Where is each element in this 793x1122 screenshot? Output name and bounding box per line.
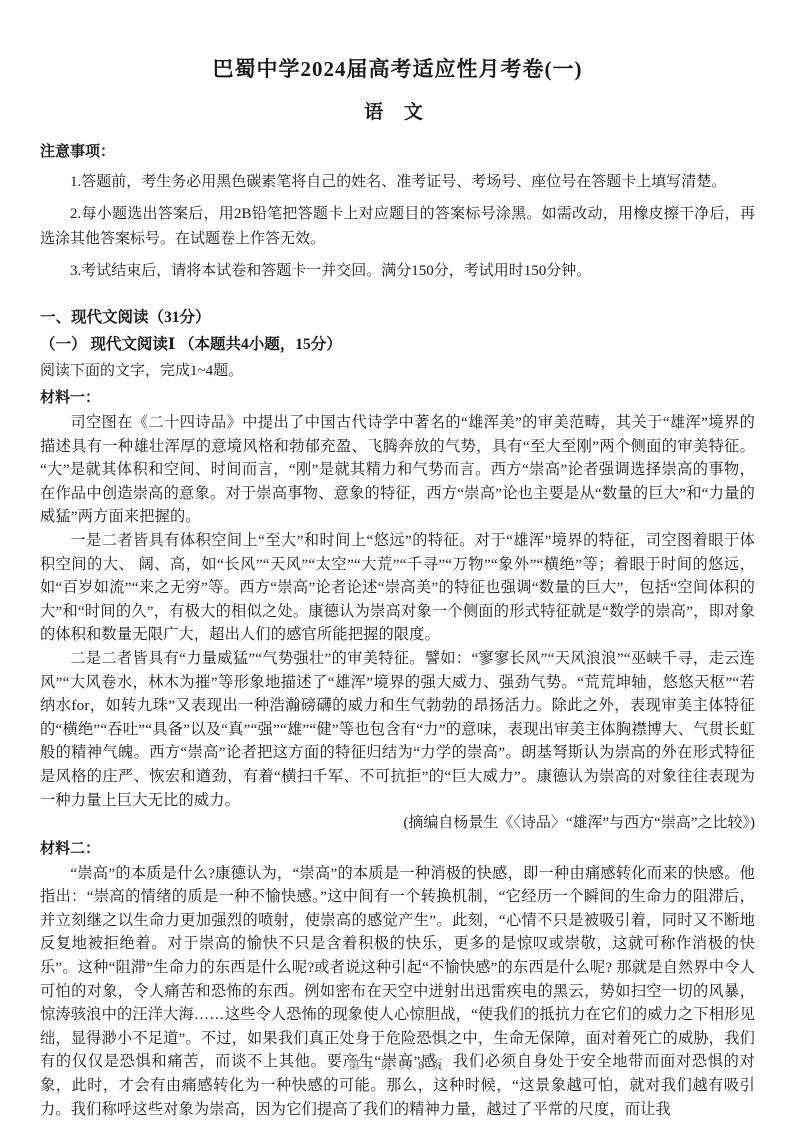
section-instruction: 阅读下面的文字，完成1~4题。 bbox=[40, 358, 755, 385]
notice-section: 注意事项： 1.答题前，考生务必用黑色碳素笔将自己的姓名、准考证号、考场号、座位… bbox=[40, 141, 755, 284]
section-modern-reading: 一、现代文阅读（31分） （一） 现代文阅读Ⅰ （本题共4小题，15分） 阅读下… bbox=[40, 304, 755, 385]
material-1-label: 材料一： bbox=[40, 385, 755, 411]
section-heading: 一、现代文阅读（31分） bbox=[40, 304, 755, 331]
notice-item-2: 2.每小题选出答案后，用2B铅笔把答题卡上对应题目的答案标号涂黑。如需改动，用橡… bbox=[40, 202, 755, 252]
material-1-paragraph-3: 二是二者皆具有“力量威猛”“气势强壮”的审美特征。譬如：“寥寥长风”“天风浪浪”… bbox=[40, 647, 755, 812]
page-title: 巴蜀中学2024届高考适应性月考卷(一) bbox=[40, 54, 755, 84]
section-subheading: （一） 现代文阅读Ⅰ （本题共4小题，15分） bbox=[40, 331, 755, 358]
material-2-paragraph-1: “崇高”的本质是什么?康德认为，“崇高”的本质是一种消极的快感，即一种由痛感转化… bbox=[40, 862, 755, 1122]
material-1: 材料一： 司空图在《二十四诗品》中提出了中国古代诗学中著名的“雄浑美”的审美范畴… bbox=[40, 385, 755, 836]
material-1-paragraph-1: 司空图在《二十四诗品》中提出了中国古代诗学中著名的“雄浑美”的审美范畴，其关于“… bbox=[40, 411, 755, 529]
exam-paper-page: 巴蜀中学2024届高考适应性月考卷(一) 语 文 注意事项： 1.答题前，考生务… bbox=[0, 0, 793, 1122]
material-2-label: 材料二： bbox=[40, 836, 755, 862]
notice-item-1: 1.答题前，考生务必用黑色碳素笔将自己的姓名、准考证号、考场号、座位号在答题卡上… bbox=[40, 170, 755, 195]
notice-item-3: 3.考试结束后，请将本试卷和答题卡一并交回。满分150分，考试用时150分钟。 bbox=[40, 259, 755, 284]
material-1-attribution: (摘编自杨景生《〈诗品〉“雄浑”与西方“崇高”之比较》) bbox=[40, 812, 755, 836]
material-2: 材料二： “崇高”的本质是什么?康德认为，“崇高”的本质是一种消极的快感，即一种… bbox=[40, 836, 755, 1122]
page-number-footer: 第 1 页 共 8 页 bbox=[0, 1057, 793, 1073]
material-1-paragraph-2: 一是二者皆具有体积空间上“至大”和时间上“悠远”的特征。对于“雄浑”境界的特征，… bbox=[40, 529, 755, 647]
notice-heading: 注意事项： bbox=[40, 141, 755, 163]
subject-title: 语 文 bbox=[40, 99, 755, 127]
